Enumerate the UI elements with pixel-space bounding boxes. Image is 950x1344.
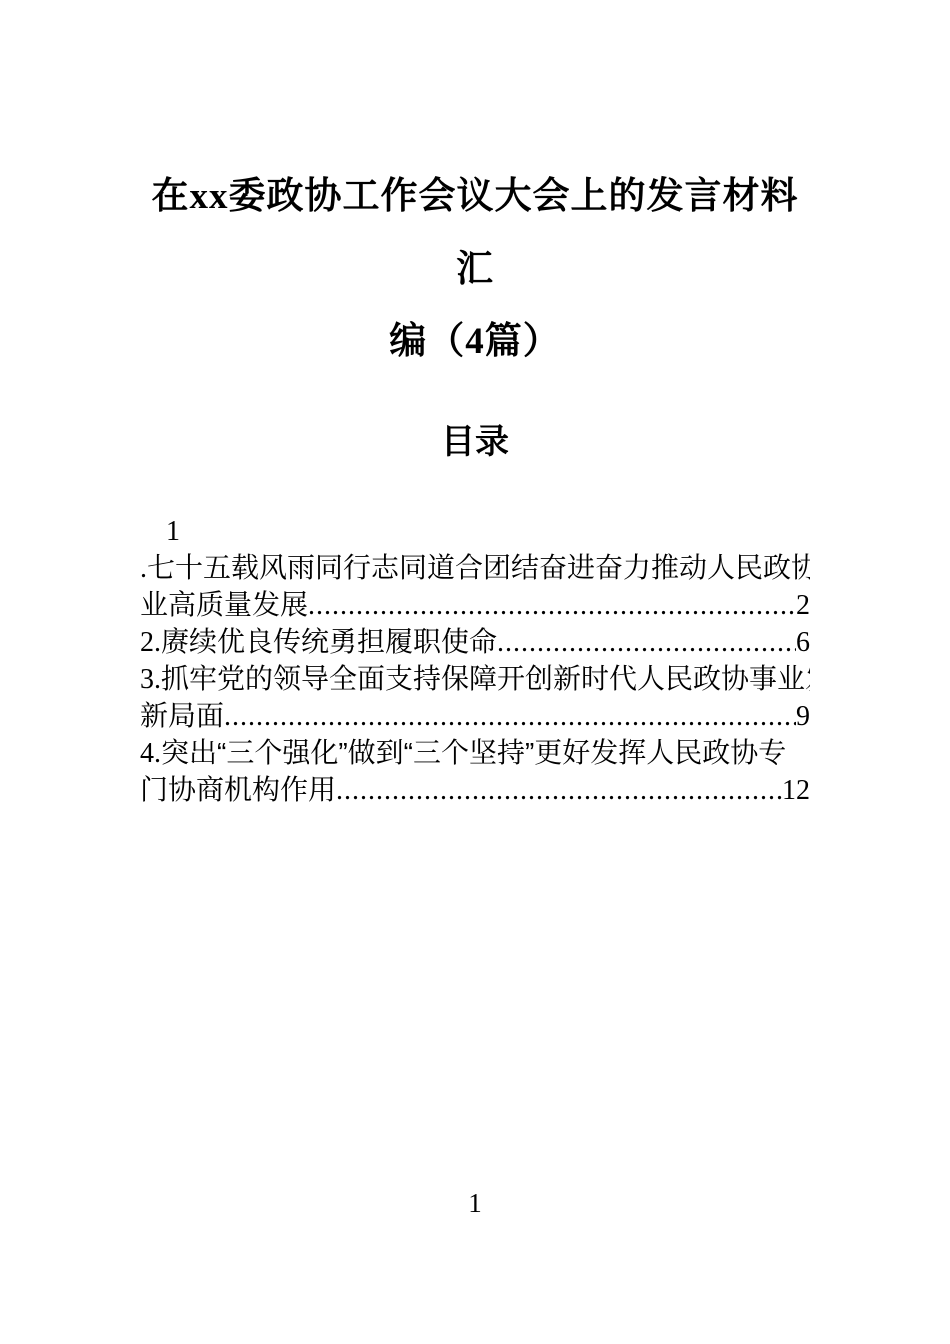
text-segment: 在 [152, 175, 190, 216]
toc-entry-line[interactable]: 2.赓续优良传统勇担履职使命..........................… [140, 624, 810, 661]
toc-entry-line[interactable]: 1 [140, 514, 810, 550]
text-segment: 4 [465, 321, 485, 362]
toc-page-ref: 9 [796, 699, 810, 735]
text-segment: 1 [166, 514, 180, 550]
toc: 1.七十五载风雨同行志同道合团结奋进奋力推动人民政协事业高质量发展.......… [140, 514, 810, 809]
document-title: 在xx委政协工作会议大会上的发言材料汇编（4篇） [140, 160, 810, 378]
text-segment: 七十五载风雨同行志同道合团结奋进奋力推动人民政协事 [147, 550, 810, 586]
document-page: 在xx委政协工作会议大会上的发言材料汇编（4篇） 目录 1.七十五载风雨同行志同… [0, 0, 950, 1344]
toc-page-ref: 6 [796, 625, 810, 661]
text-segment: 2. [140, 625, 161, 661]
toc-dotted-leader: ........................................… [308, 588, 796, 624]
toc-entry-line[interactable]: 3.抓牢党的领导全面支持保障开创新时代人民政协事业发展 [140, 661, 810, 698]
text-segment: 3. [140, 662, 161, 698]
text-segment: 突出“三个强化”做到“三个坚持”更好发挥人民政协专 [161, 735, 786, 771]
toc-dotted-leader: ........................................… [336, 773, 782, 809]
toc-page-ref: 2 [796, 588, 810, 624]
text-segment: 门协商机构作用 [140, 772, 336, 808]
text-segment: 编（ [389, 320, 465, 361]
toc-entry-line[interactable]: .七十五载风雨同行志同道合团结奋进奋力推动人民政协事 [140, 550, 810, 587]
text-segment: 委政协工作会议大会上的发言材料汇 [229, 175, 799, 289]
text-segment: xx [190, 176, 229, 217]
toc-dotted-leader: ........................................… [224, 699, 796, 735]
toc-entry-line[interactable]: 门协商机构作用.................................… [140, 772, 810, 809]
text-segment: . [140, 551, 147, 587]
toc-page-ref: 12 [782, 773, 810, 809]
text-segment: 4. [140, 736, 161, 772]
text-segment: 抓牢党的领导全面支持保障开创新时代人民政协事业发展 [161, 661, 810, 697]
document-title-line: 在xx委政协工作会议大会上的发言材料汇 [140, 160, 810, 305]
toc-dotted-leader: ........................................… [497, 625, 796, 661]
text-segment: 篇） [485, 320, 561, 361]
text-segment: 业高质量发展 [140, 587, 308, 623]
toc-entry-line[interactable]: 4.突出“三个强化”做到“三个坚持”更好发挥人民政协专 [140, 735, 810, 772]
toc-heading: 目录 [140, 416, 810, 468]
text-segment: 新局面 [140, 698, 224, 734]
toc-entry-line[interactable]: 新局面.....................................… [140, 698, 810, 735]
toc-entry-line[interactable]: 业高质量发展..................................… [140, 587, 810, 624]
document-title-line: 编（4篇） [140, 305, 810, 378]
text-segment: 赓续优良传统勇担履职使命 [161, 624, 497, 660]
page-number: 1 [0, 1187, 950, 1219]
document-content: 在xx委政协工作会议大会上的发言材料汇编（4篇） 目录 1.七十五载风雨同行志同… [0, 160, 950, 809]
